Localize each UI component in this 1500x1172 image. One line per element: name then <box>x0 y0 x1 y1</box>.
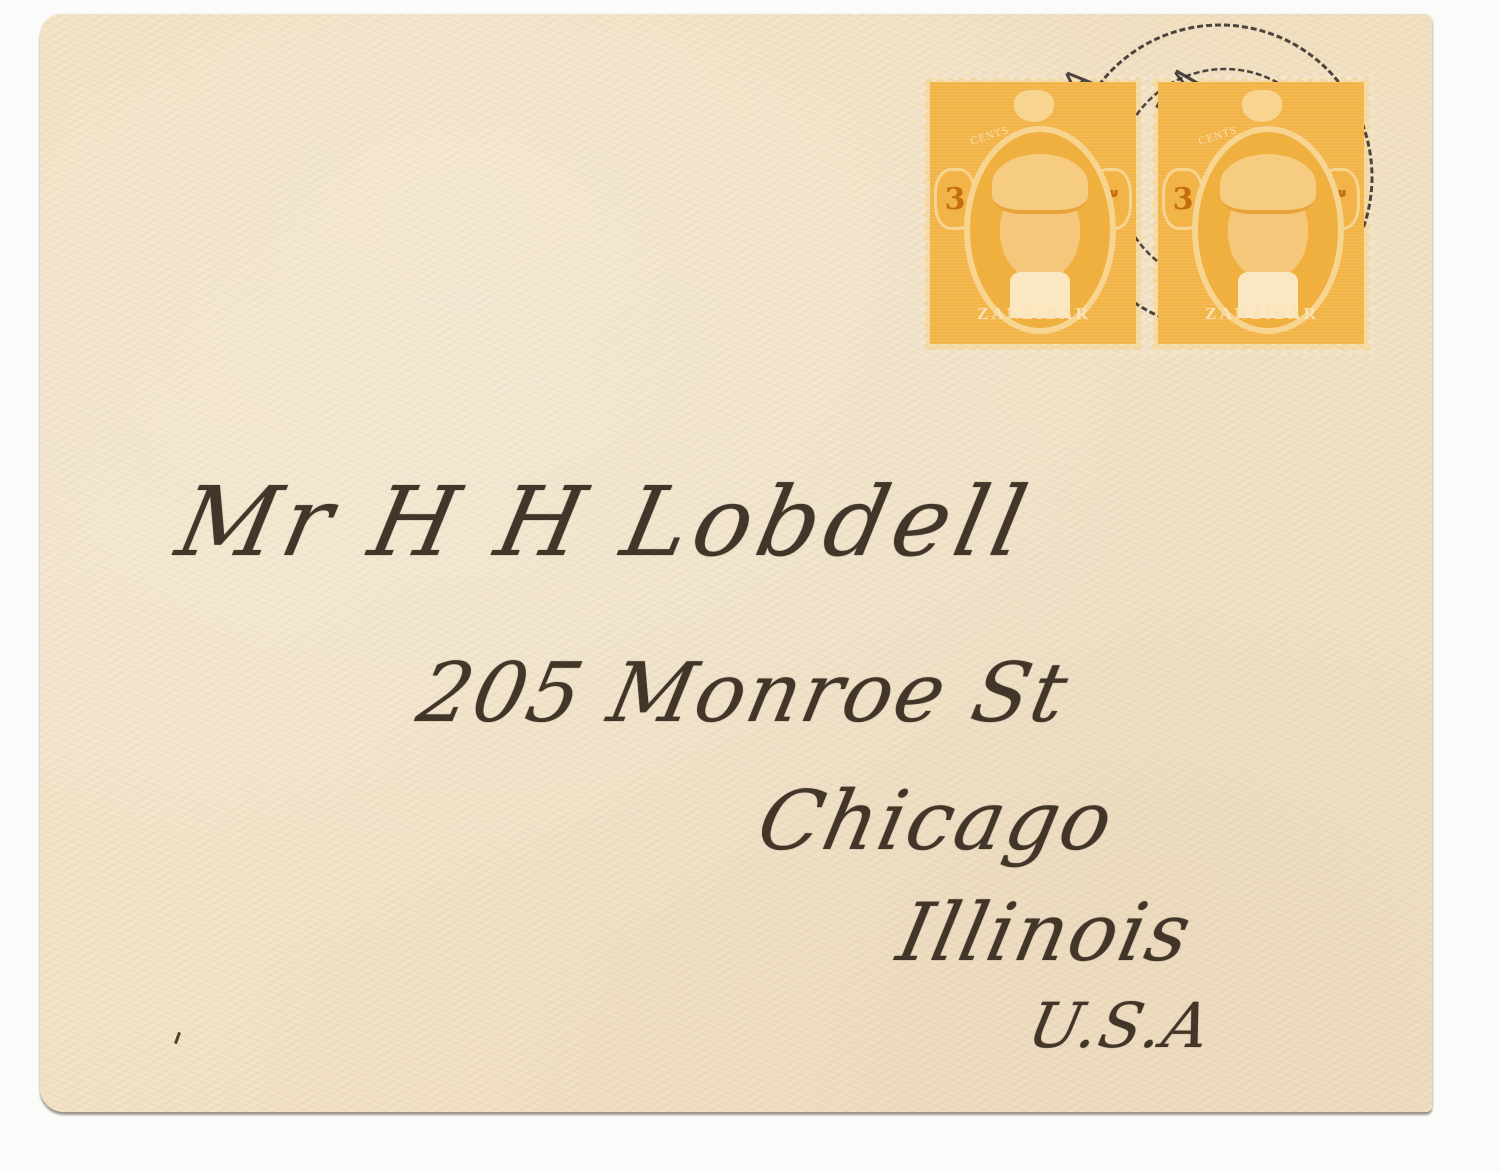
stamp-right: CENTS 3 ٣ ZANZIBAR <box>1152 78 1370 350</box>
address-street: 205 Monroe St <box>410 646 1077 741</box>
stamp-country: ZANZIBAR <box>1182 304 1342 324</box>
address-name: Mr H H Lobdell <box>168 466 1042 578</box>
crest-icon <box>1242 90 1282 122</box>
portrait-turban <box>1220 154 1316 214</box>
envelope: CENTS 3 ٣ ZANZIBAR CENTS 3 ٣ ZANZIBAR <box>40 14 1432 1112</box>
stamp-body: CENTS 3 ٣ ZANZIBAR <box>930 82 1136 344</box>
portrait-frame <box>964 126 1116 334</box>
stamp-country: ZANZIBAR <box>954 304 1114 324</box>
crest-icon <box>1014 90 1054 122</box>
portrait-frame <box>1192 126 1344 334</box>
portrait-turban <box>992 154 1088 214</box>
ink-speck <box>174 1032 181 1044</box>
address-country: U.S.A <box>1022 989 1219 1062</box>
address-city: Chicago <box>750 774 1123 869</box>
address-state: Illinois <box>890 886 1200 979</box>
stamp-left: CENTS 3 ٣ ZANZIBAR <box>924 78 1142 350</box>
faint-offset-mark <box>1030 399 1160 419</box>
stamp-body: CENTS 3 ٣ ZANZIBAR <box>1158 82 1364 344</box>
